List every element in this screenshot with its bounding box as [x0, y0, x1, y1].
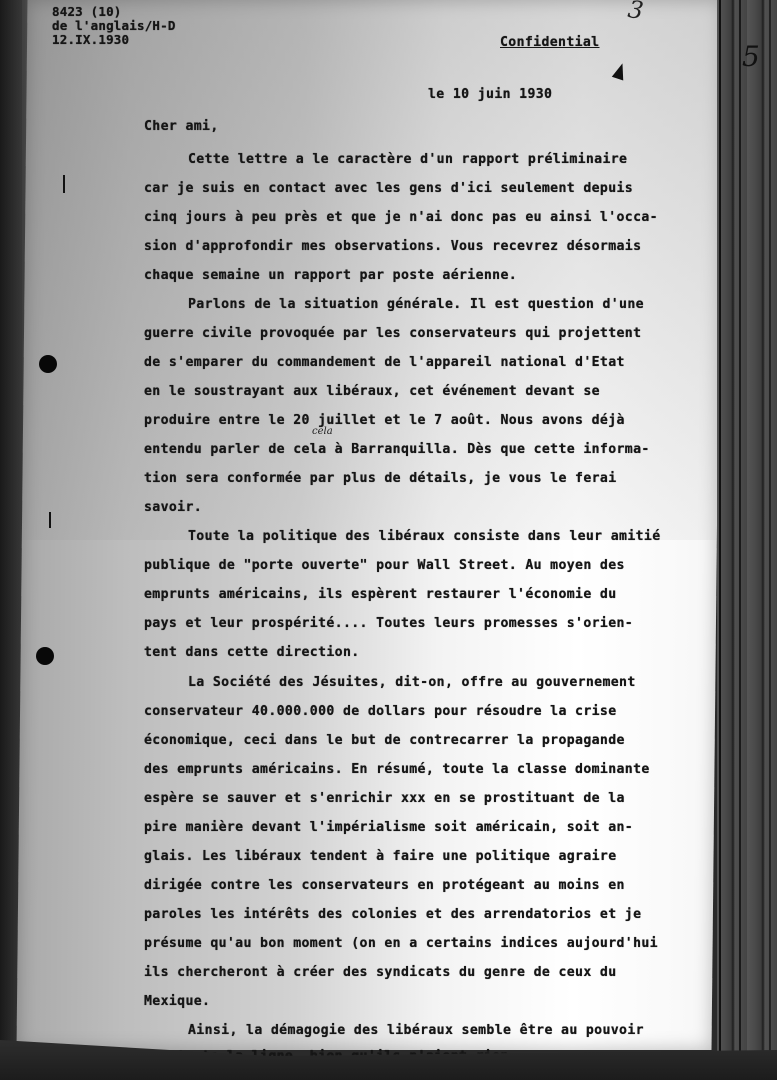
body-line: cinq jours à peu près et que je n'ai don…: [144, 210, 658, 225]
margin-mark: [63, 175, 65, 193]
body-line: Ainsi, la démagogie des libéraux semble …: [188, 1023, 644, 1038]
margin-mark: [49, 512, 51, 528]
reference-translation: de l'anglais/H-D: [52, 18, 176, 33]
body-line: Cette lettre a le caractère d'un rapport…: [188, 152, 627, 167]
body-line: présume qu'au bon moment (on en a certai…: [144, 936, 658, 951]
body-line: produire entre le 20 juillet et le 7 aoû…: [144, 413, 625, 428]
body-line: savoir.: [144, 500, 202, 515]
handwritten-margin-number: 5: [742, 40, 760, 73]
body-line: paroles les intérêts des colonies et des…: [144, 907, 641, 922]
body-line: tent dans cette direction.: [144, 645, 360, 660]
body-line: de s'emparer du commandement de l'appare…: [144, 355, 625, 370]
handwritten-insert: cela: [312, 426, 333, 437]
body-line: car je suis en contact avec les gens d'i…: [144, 181, 633, 196]
body-line: publique de "porte ouverte" pour Wall St…: [144, 558, 625, 573]
body-line: en le soustrayant aux libéraux, cet évén…: [144, 384, 600, 399]
body-line: économique, ceci dans le but de contreca…: [144, 733, 625, 748]
body-line: des emprunts américains. En résumé, tout…: [144, 762, 650, 777]
strip-line: [739, 0, 741, 1080]
body-line: emprunts américains, ils espèrent restau…: [144, 587, 617, 602]
body-line: Toute la politique des libéraux consiste…: [188, 529, 661, 544]
reference-number: 8423 (10): [52, 4, 122, 19]
letter-date: le 10 juin 1930: [428, 87, 552, 102]
body-line: ils chercheront à créer des syndicats du…: [144, 965, 617, 980]
strip-line: [769, 0, 771, 1080]
body-line: pays et leur prospérité.... Toutes leurs…: [144, 616, 633, 631]
body-line: espère se sauver et s'enrichir xxx en se…: [144, 791, 625, 806]
strip-line: [719, 0, 721, 1080]
body-line: Parlons de la situation générale. Il est…: [188, 297, 644, 312]
classification-label: Confidential: [500, 35, 599, 50]
body-line: chaque semaine un rapport par poste aéri…: [144, 268, 517, 283]
body-line: La Société des Jésuites, dit-on, offre a…: [188, 675, 636, 690]
reference-date: 12.IX.1930: [52, 32, 129, 47]
body-line: entendu parler de cela à Barranquilla. D…: [144, 442, 650, 457]
punch-hole-icon: [36, 647, 54, 665]
body-line: guerre civile provoquée par les conserva…: [144, 326, 641, 341]
body-line: conservateur 40.000.000 de dollars pour …: [144, 704, 617, 719]
body-line: glais. Les libéraux tendent à faire une …: [144, 849, 617, 864]
body-line: pire manière devant l'impérialisme soit …: [144, 820, 633, 835]
punch-hole-icon: [39, 355, 57, 373]
body-line: tion sera conformée par plus de détails,…: [144, 471, 617, 486]
body-line: dirigée contre les conservateurs en prot…: [144, 878, 625, 893]
scan-right-strip: [717, 0, 777, 1080]
body-line: sion d'approfondir mes observations. Vou…: [144, 239, 641, 254]
salutation: Cher ami,: [144, 119, 219, 134]
body-line: Mexique.: [144, 994, 210, 1009]
